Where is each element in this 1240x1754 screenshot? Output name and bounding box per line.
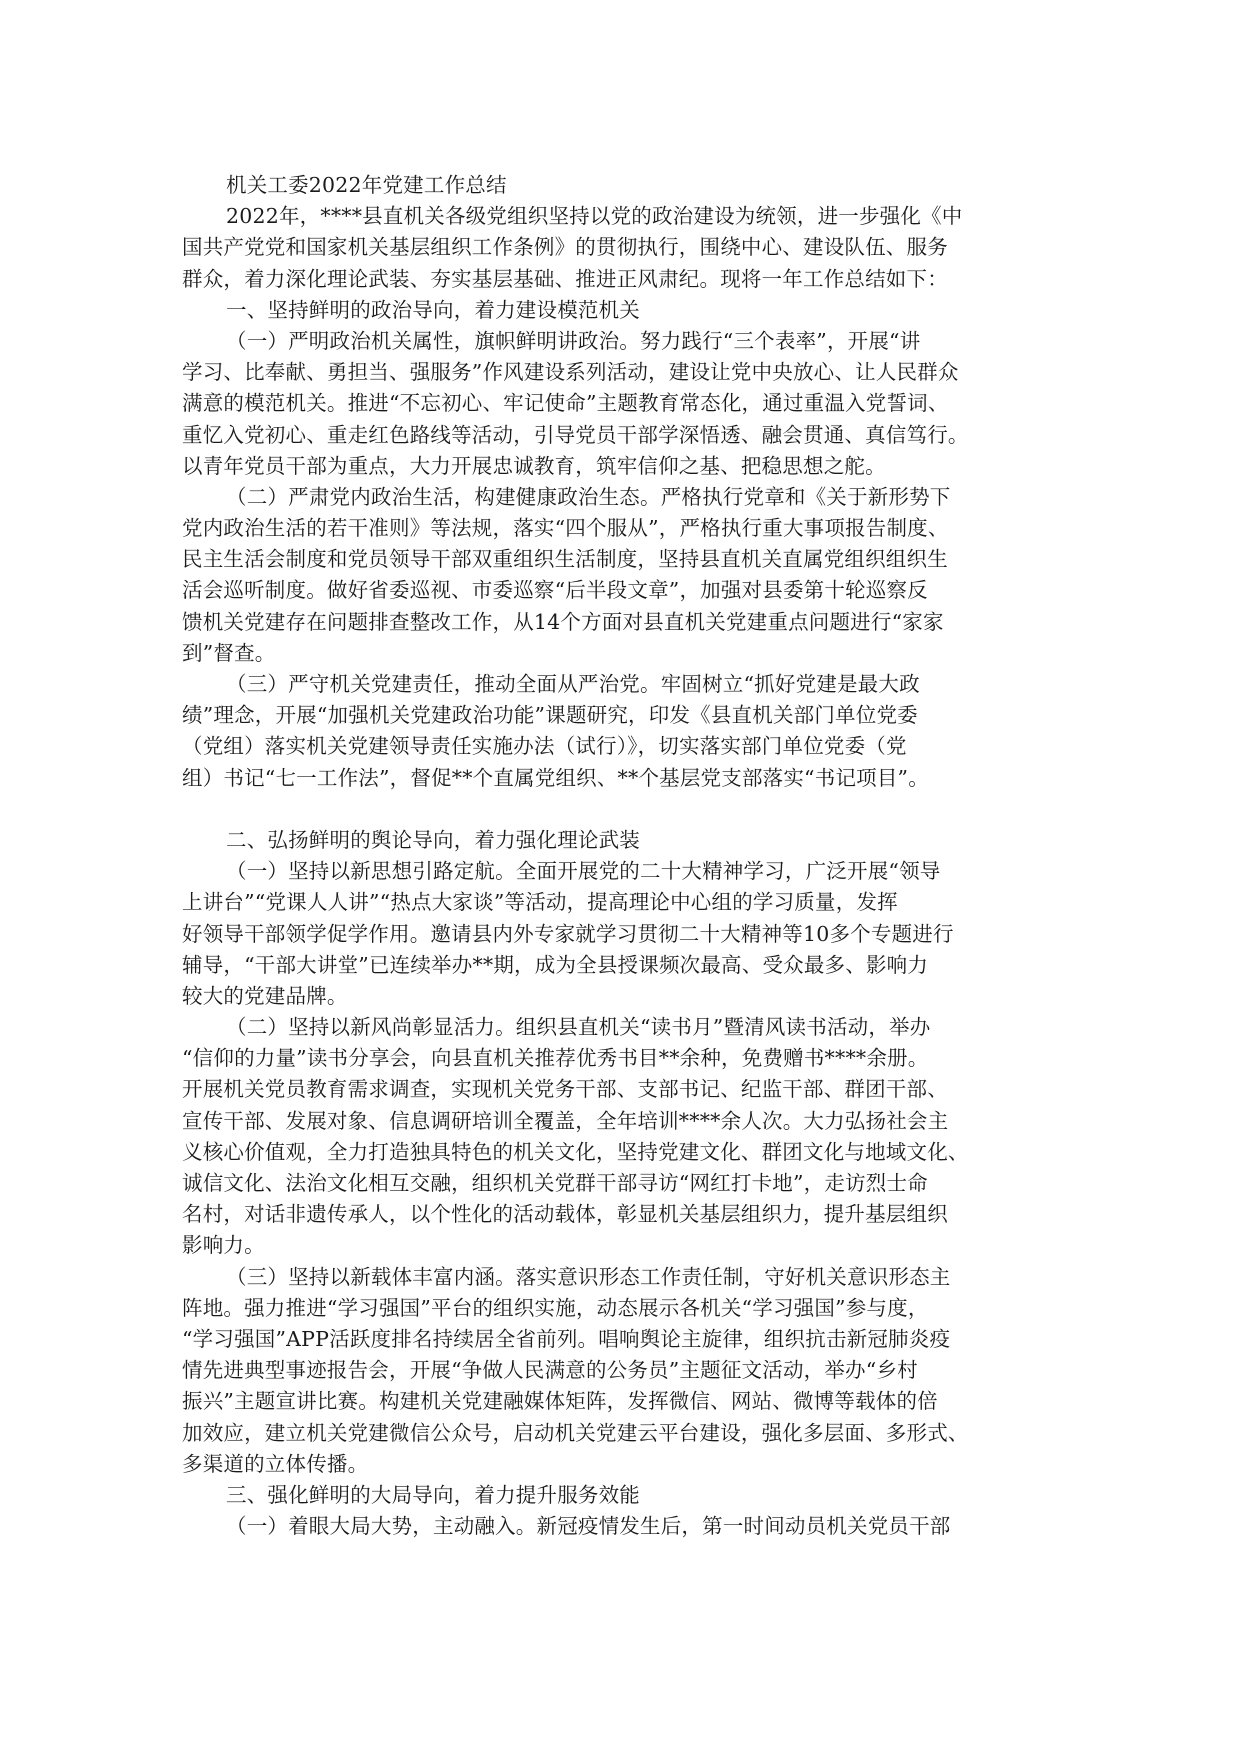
text-line: 以青年党员干部为重点，大力开展忠诚教育，筑牢信仰之基、把稳思想之舵。 xyxy=(182,451,1048,482)
text-line: 学习、比奉献、勇担当、强服务”作风建设系列活动，建设让党中央放心、让人民群众 xyxy=(182,357,1048,388)
section-heading-1: 一、坚持鲜明的政治导向，着力建设模范机关 xyxy=(182,295,1048,326)
text-line: （一）严明政治机关属性，旗帜鲜明讲政治。努力践行“三个表率”，开展“讲 xyxy=(182,326,1048,357)
paragraph-2-2: （二）坚持以新风尚彰显活力。组织县直机关“读书月”暨清风读书活动，举办 “信仰的… xyxy=(182,1012,1048,1262)
text-line: 影响力。 xyxy=(182,1230,1048,1261)
blank-line xyxy=(182,794,1048,825)
text-line: 满意的模范机关。推进“不忘初心、牢记使命”主题教育常态化，通过重温入党誓词、 xyxy=(182,388,1048,419)
text-line: 组）书记“七一工作法”，督促**个直属党组织、**个基层党支部落实“书记项目”。 xyxy=(182,763,1048,794)
text-line: 情先进典型事迹报告会，开展“争做人民满意的公务员”主题征文活动，举办“乡村 xyxy=(182,1355,1048,1386)
paragraph-2-1: （一）坚持以新思想引路定航。全面开展党的二十大精神学习，广泛开展“领导 上讲台”… xyxy=(182,856,1048,1012)
text-line: 名村，对话非遗传承人，以个性化的活动载体，彰显机关基层组织力，提升基层组织 xyxy=(182,1199,1048,1230)
document-page: 机关工委2022年党建工作总结 2022年，****县直机关各级党组织坚持以党的… xyxy=(182,170,1048,1542)
text-line: 重忆入党初心、重走红色路线等活动，引导党员干部学深悟透、融会贯通、真信笃行。 xyxy=(182,420,1048,451)
paragraph-1-1: （一）严明政治机关属性，旗帜鲜明讲政治。努力践行“三个表率”，开展“讲 学习、比… xyxy=(182,326,1048,482)
text-line: 义核心价值观，全力打造独具特色的机关文化，坚持党建文化、群团文化与地域文化、 xyxy=(182,1137,1048,1168)
text-line: 活会巡听制度。做好省委巡视、市委巡察“后半段文章”，加强对县委第十轮巡察反 xyxy=(182,575,1048,606)
paragraph-2-3: （三）坚持以新载体丰富内涵。落实意识形态工作责任制，守好机关意识形态主 阵地。强… xyxy=(182,1262,1048,1480)
text-line: 上讲台”“党课人人讲”“热点大家谈”等活动，提高理论中心组的学习质量，发挥 xyxy=(182,887,1048,918)
text-line: （党组）落实机关党建领导责任实施办法（试行）》，切实落实部门单位党委（党 xyxy=(182,731,1048,762)
text-line: 党内政治生活的若干准则》等法规，落实“四个服从”，严格执行重大事项报告制度、 xyxy=(182,513,1048,544)
paragraph-3-1: （一）着眼大局大势，主动融入。新冠疫情发生后，第一时间动员机关党员干部 xyxy=(182,1511,1048,1542)
text-line: 国共产党党和国家机关基层组织工作条例》的贯彻执行，围绕中心、建设队伍、服务 xyxy=(182,232,1048,263)
text-line: （一）坚持以新思想引路定航。全面开展党的二十大精神学习，广泛开展“领导 xyxy=(182,856,1048,887)
text-line: “学习强国”APP活跃度排名持续居全省前列。唱响舆论主旋律，组织抗击新冠肺炎疫 xyxy=(182,1324,1048,1355)
text-line: （二）坚持以新风尚彰显活力。组织县直机关“读书月”暨清风读书活动，举办 xyxy=(182,1012,1048,1043)
text-line: 到”督查。 xyxy=(182,638,1048,669)
text-line: （三）坚持以新载体丰富内涵。落实意识形态工作责任制，守好机关意识形态主 xyxy=(182,1262,1048,1293)
text-line: 绩”理念，开展“加强机关党建政治功能”课题研究，印发《县直机关部门单位党委 xyxy=(182,700,1048,731)
text-line: 2022年，****县直机关各级党组织坚持以党的政治建设为统领，进一步强化《中 xyxy=(182,201,1048,232)
text-line: 开展机关党员教育需求调查，实现机关党务干部、支部书记、纪监干部、群团干部、 xyxy=(182,1074,1048,1105)
text-line: 多渠道的立体传播。 xyxy=(182,1449,1048,1480)
text-line: 群众，着力深化理论武装、夯实基层基础、推进正风肃纪。现将一年工作总结如下： xyxy=(182,264,1048,295)
text-line: 较大的党建品牌。 xyxy=(182,981,1048,1012)
text-line: 阵地。强力推进“学习强国”平台的组织实施，动态展示各机关“学习强国”参与度， xyxy=(182,1293,1048,1324)
paragraph-1-3: （三）严守机关党建责任，推动全面从严治党。牢固树立“抓好党建是最大政 绩”理念，… xyxy=(182,669,1048,794)
section-heading-2: 二、弘扬鲜明的舆论导向，着力强化理论武装 xyxy=(182,825,1048,856)
document-title: 机关工委2022年党建工作总结 xyxy=(182,170,1048,201)
text-line: “信仰的力量”读书分享会，向县直机关推荐优秀书目**余种，免费赠书****余册。 xyxy=(182,1043,1048,1074)
text-line: 馈机关党建存在问题排查整改工作，从14个方面对县直机关党建重点问题进行“家家 xyxy=(182,607,1048,638)
text-line: 民主生活会制度和党员领导干部双重组织生活制度，坚持县直机关直属党组织组织生 xyxy=(182,544,1048,575)
text-line: （一）着眼大局大势，主动融入。新冠疫情发生后，第一时间动员机关党员干部 xyxy=(182,1511,1048,1542)
text-line: 加效应，建立机关党建微信公众号，启动机关党建云平台建设，强化多层面、多形式、 xyxy=(182,1418,1048,1449)
text-line: 辅导，“干部大讲堂”已连续举办**期，成为全县授课频次最高、受众最多、影响力 xyxy=(182,950,1048,981)
text-line: 好领导干部领学促学作用。邀请县内外专家就学习贯彻二十大精神等10多个专题进行 xyxy=(182,919,1048,950)
text-line: （三）严守机关党建责任，推动全面从严治党。牢固树立“抓好党建是最大政 xyxy=(182,669,1048,700)
section-heading-3: 三、强化鲜明的大局导向，着力提升服务效能 xyxy=(182,1480,1048,1511)
text-line: 诚信文化、法治文化相互交融，组织机关党群干部寻访“网红打卡地”，走访烈士命 xyxy=(182,1168,1048,1199)
paragraph-1-2: （二）严肃党内政治生活，构建健康政治生态。严格执行党章和《关于新形势下 党内政治… xyxy=(182,482,1048,669)
text-line: 振兴”主题宣讲比赛。构建机关党建融媒体矩阵，发挥微信、网站、微博等载体的倍 xyxy=(182,1386,1048,1417)
text-line: 宣传干部、发展对象、信息调研培训全覆盖，全年培训****余人次。大力弘扬社会主 xyxy=(182,1106,1048,1137)
text-line: （二）严肃党内政治生活，构建健康政治生态。严格执行党章和《关于新形势下 xyxy=(182,482,1048,513)
intro-paragraph: 2022年，****县直机关各级党组织坚持以党的政治建设为统领，进一步强化《中 … xyxy=(182,201,1048,295)
